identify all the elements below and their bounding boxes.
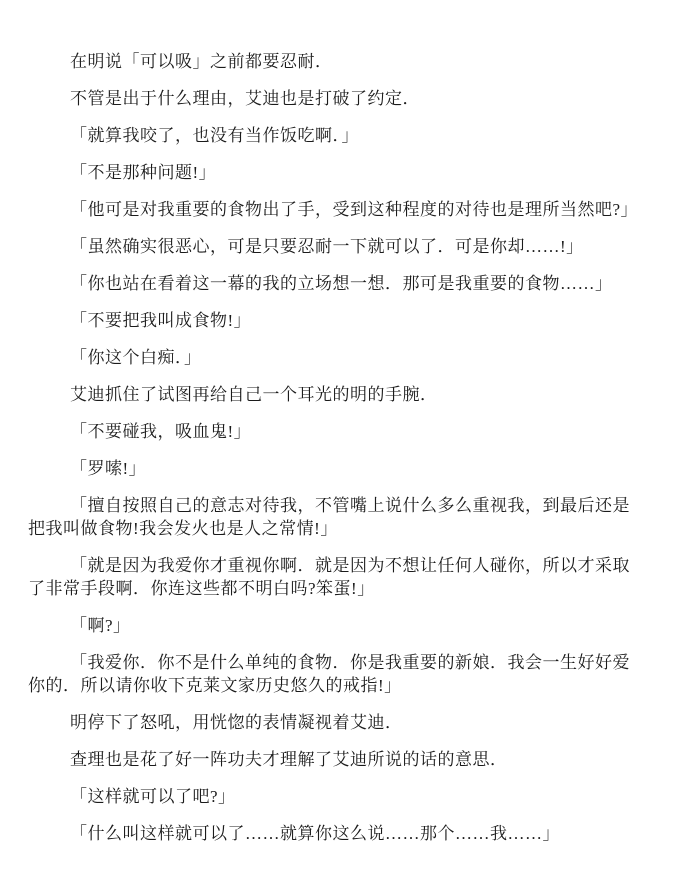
paragraph: 「你这个白痴．」 bbox=[28, 346, 630, 369]
paragraph: 「不要碰我，吸血鬼!」 bbox=[28, 420, 630, 443]
paragraph: 「擅自按照自己的意志对待我，不管嘴上说什么多么重视我，到最后还是把我叫做食物!我… bbox=[28, 494, 630, 540]
paragraph: 「不要把我叫成食物!」 bbox=[28, 309, 630, 332]
paragraph: 「就是因为我爱你才重视你啊．就是因为不想让任何人碰你，所以才采取了非常手段啊．你… bbox=[28, 554, 630, 600]
paragraph: 「就算我咬了，也没有当作饭吃啊．」 bbox=[28, 124, 630, 147]
paragraph: 不管是出于什么理由，艾迪也是打破了约定． bbox=[28, 87, 630, 110]
paragraph: 「我爱你．你不是什么单纯的食物．你是我重要的新娘．我会一生好好爱你的．所以请你收… bbox=[28, 651, 630, 697]
paragraph: 「虽然确实很恶心，可是只要忍耐一下就可以了．可是你却……!」 bbox=[28, 235, 630, 258]
document-page: 在明说「可以吸」之前都要忍耐．不管是出于什么理由，艾迪也是打破了约定．「就算我咬… bbox=[0, 0, 680, 880]
paragraph: 查理也是花了好一阵功夫才理解了艾迪所说的话的意思． bbox=[28, 748, 630, 771]
paragraph: 「这样就可以了吧?」 bbox=[28, 785, 630, 808]
paragraph: 「什么叫这样就可以了……就算你这么说……那个……我……」 bbox=[28, 822, 630, 845]
paragraph: 「不是那种问题!」 bbox=[28, 161, 630, 184]
paragraph-list: 在明说「可以吸」之前都要忍耐．不管是出于什么理由，艾迪也是打破了约定．「就算我咬… bbox=[28, 50, 630, 845]
paragraph: 「他可是对我重要的食物出了手，受到这种程度的对待也是理所当然吧?」 bbox=[28, 198, 630, 221]
paragraph: 在明说「可以吸」之前都要忍耐． bbox=[28, 50, 630, 73]
paragraph: 「你也站在看着这一幕的我的立场想一想．那可是我重要的食物……」 bbox=[28, 272, 630, 295]
paragraph: 艾迪抓住了试图再给自己一个耳光的明的手腕． bbox=[28, 383, 630, 406]
paragraph: 「罗嗦!」 bbox=[28, 457, 630, 480]
paragraph: 「啊?」 bbox=[28, 614, 630, 637]
paragraph: 明停下了怒吼，用恍惚的表情凝视着艾迪． bbox=[28, 711, 630, 734]
